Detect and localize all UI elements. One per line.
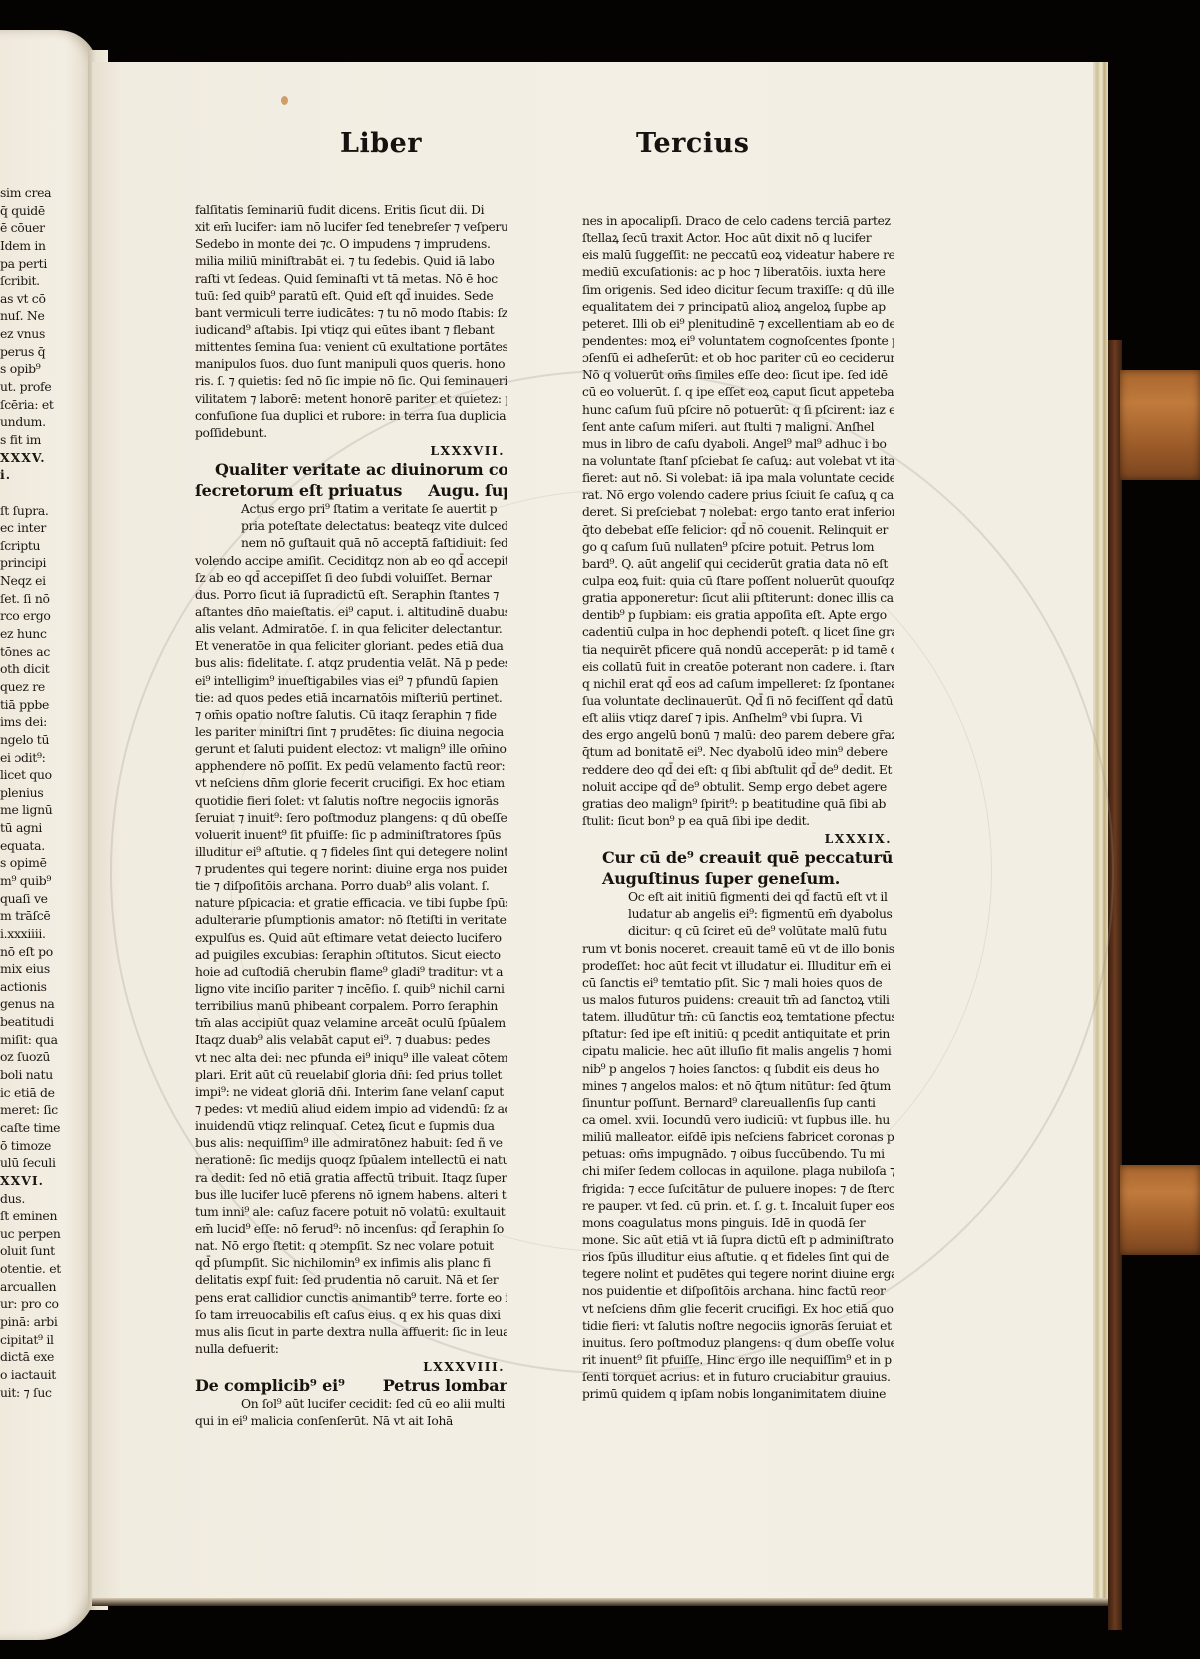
text-line: expulſus es. Quid aūt eſtimare vetat dei… xyxy=(195,930,507,947)
text-line: cadentiū culpa in hoc dephendi poteſt. q… xyxy=(582,624,894,641)
text-line: nulla defuerit: xyxy=(195,1341,507,1358)
chapter-heading-line2: ſecretorum eſt priuatusAugu. ſup geñ. xyxy=(195,480,507,501)
text-line: tie ⁊ diſpoſitōis archana. Porro duab⁹ a… xyxy=(195,878,507,895)
text-line: Oc eſt ait initiū figmenti dei qd̄ factū… xyxy=(582,889,894,906)
text-line: as vt cō xyxy=(0,290,92,308)
text-line: inuidendū vtiqz relinquaſ. Ceteꝝ ſicut e… xyxy=(195,1118,507,1135)
left-column-text-mid: Actus ergo pri⁹ ſtatim a veritate ſe aue… xyxy=(195,501,507,1358)
text-line: nos puidentie et diſpoſitōis archana. hi… xyxy=(582,1283,894,1300)
running-head-right: Tercius xyxy=(636,128,749,159)
text-line: mons coagulatus mons pinguis. Idē in quo… xyxy=(582,1215,894,1232)
chapter-heading-text: De complicib⁹ ei⁹ xyxy=(195,1376,345,1395)
text-line: ez hunc xyxy=(0,625,92,643)
text-line: plenius xyxy=(0,784,92,802)
text-line: mittentes ſemina ſua: venient cū exultat… xyxy=(195,339,507,356)
text-line: sim crea xyxy=(0,184,92,202)
text-line: s opib⁹ xyxy=(0,360,92,378)
text-line: volendo accipe amiſit. Ceciditqz non ab … xyxy=(195,553,507,570)
text-line: caſte time xyxy=(0,1119,92,1137)
text-line: tiā ppbe xyxy=(0,696,92,714)
text-line: nō eſt po xyxy=(0,943,92,961)
text-line: falſitatis ſeminariū fudit dicens. Eriti… xyxy=(195,202,507,219)
text-line: ſeruiat ⁊ inuit⁹: ſero poſtmoduz plangen… xyxy=(195,810,507,827)
text-line: illuditur ei⁹ aſtutie. q ⁊ fideles ſint … xyxy=(195,844,507,861)
text-line: rios ſpūs illuditur eius aſtutie. q et f… xyxy=(582,1249,894,1266)
text-line: delitatis expſ fuit: ſed prudentia nō ca… xyxy=(195,1272,507,1289)
text-line: nature pſpicacia: et gratie efficacia. v… xyxy=(195,895,507,912)
text-line: oth dicit xyxy=(0,660,92,678)
text-line: voluerit inuent⁹ ſit pfuiſſe: ſic p admi… xyxy=(195,827,507,844)
leather-strap-bottom xyxy=(1120,1165,1200,1255)
page-edges xyxy=(1093,62,1108,1602)
text-line: ſtellaꝝ ſecū traxit Actor. Hoc aūt dixit… xyxy=(582,230,894,247)
text-line: otentie. et xyxy=(0,1260,92,1278)
text-line: ez vnus xyxy=(0,325,92,343)
text-line: petuas: om̄s impugnādo. ⁊ oibus ſuccūben… xyxy=(582,1146,894,1163)
chapter-source: Petrus lombardus. xyxy=(383,1376,507,1395)
text-line: vt neſciens dn̄m glie fecerit crucifigi.… xyxy=(582,1301,894,1318)
text-line: manipulos ſuos. duo ſunt manipuli quos q… xyxy=(195,356,507,373)
text-line: rco ergo xyxy=(0,607,92,625)
text-line: cipatu malicie. hec aūt illuſio fit mali… xyxy=(582,1043,894,1060)
text-line: q̄tum ad bonitatē ei⁹. Nec dyabolū ideo … xyxy=(582,744,894,761)
text-line: ſet. ſi nō xyxy=(0,590,92,608)
text-line: ra dedit: ſed nō etiā gratia affectū tri… xyxy=(195,1170,507,1187)
text-line: hoie ad cuſtodiā cherubin flame⁹ gladi⁹ … xyxy=(195,964,507,981)
left-column-text-bottom: On ſol⁹ aūt lucifer cecidit: ſed cū eo a… xyxy=(195,1396,507,1430)
text-line: milia miliū miniſtrabāt ei. ⁊ tu ſedebis… xyxy=(195,253,507,270)
text-line: XXVI. xyxy=(0,1172,92,1190)
text-line: ei⁹ intelligim⁹ inueſtigabiles vias ei⁹ … xyxy=(195,673,507,690)
text-line: dus. Porro ſicut iā ſupradictū eſt. Sera… xyxy=(195,587,507,604)
text-line xyxy=(0,484,92,502)
text-line: q̄ quidē xyxy=(0,202,92,220)
text-line: beatitudi xyxy=(0,1013,92,1031)
right-text-column: nes in apocalipſi. Draco de celo cadens … xyxy=(582,213,894,1403)
text-line: s opimē xyxy=(0,854,92,872)
text-line: prodeſſet: hoc aūt fecit vt illudatur ei… xyxy=(582,958,894,975)
text-line: frigida: ⁊ ecce ſuſcitātur de puluere in… xyxy=(582,1181,894,1198)
text-line: dicitur: q cū ſciret eū de⁹ volūtate mal… xyxy=(582,923,894,940)
text-line: ſim origenis. Sed ideo dicitur ſecum tra… xyxy=(582,282,894,299)
text-line: pſtatur: ſed ipe eſt initiū: q pcedit an… xyxy=(582,1026,894,1043)
text-line: cipitat⁹ il xyxy=(0,1331,92,1349)
text-line: vt neſciens dn̄m glorie fecerit crucifig… xyxy=(195,775,507,792)
text-line: Et veneratōe in qua feliciter gloriant. … xyxy=(195,638,507,655)
text-line: pendentes: moꝝ ei⁹ voluntatem cognoſcent… xyxy=(582,333,894,350)
text-line: gratia apponeretur: ſicut alii pſtiterun… xyxy=(582,590,894,607)
text-line: us malos futuros puidens: creauit tm̄ ad… xyxy=(582,992,894,1009)
text-line: chi miſer ſedem collocas in aquilone. pl… xyxy=(582,1163,894,1180)
text-line: primū quidem q ipſam nobis longanimitate… xyxy=(582,1386,894,1403)
text-line: nes in apocalipſi. Draco de celo cadens … xyxy=(582,213,894,230)
text-line: m⁹ quib⁹ xyxy=(0,872,92,890)
text-line: meret: ſic xyxy=(0,1101,92,1119)
text-line: equata. xyxy=(0,837,92,855)
text-line: em̄ lucid⁹ eſſe: nō ferud⁹: nō incenſus:… xyxy=(195,1221,507,1238)
text-line: On ſol⁹ aūt lucifer cecidit: ſed cū eo a… xyxy=(195,1396,507,1413)
chapter-heading: Cur cū de⁹ creauit quē peccaturū pſciuit… xyxy=(582,847,894,868)
chapter-source: Auguſtinus ſuper geneſum. xyxy=(582,868,894,889)
text-line: dus. xyxy=(0,1190,92,1208)
text-line: bard⁹. Q. aūt angeliſ qui ceciderūt grat… xyxy=(582,556,894,573)
running-head-left: Liber xyxy=(340,128,422,159)
left-page-fragment: sim creaq̄ quidēē cōuerIdem inpa pertiſc… xyxy=(0,30,98,1640)
text-line: confuſione ſua duplici et rubore: in ter… xyxy=(195,408,507,425)
text-line: ſua voluntate declinauerūt. Qd̄ ſi nō fe… xyxy=(582,693,894,710)
text-line: ſcriptu xyxy=(0,537,92,555)
text-line: quotidie fieri ſolet: vt ſalutis noſtre … xyxy=(195,793,507,810)
text-line: ur: pro co xyxy=(0,1295,92,1313)
text-line: dentib⁹ p ſupbiam: eis gratia appoſita e… xyxy=(582,607,894,624)
text-line: nuſ. Ne xyxy=(0,307,92,325)
text-line: mus alis ſicut in parte dextra nulla aff… xyxy=(195,1324,507,1341)
text-line: ſinuntur poſſunt. Bernard⁹ clareuallenſi… xyxy=(582,1095,894,1112)
text-line: hunc caſum ſuū pſcire nō potuerūt: q ſi … xyxy=(582,402,894,419)
text-line: nat. Nō ergo ſtetit: q ɔtempſit. Sz nec … xyxy=(195,1238,507,1255)
text-line: qd̄ pſumpſit. Sic nichilomin⁹ ex infimis… xyxy=(195,1255,507,1272)
chapter-number: LXXXIX. xyxy=(582,830,894,847)
text-line: cū ſanctis ei⁹ temtatio pſit. Sic ⁊ mali… xyxy=(582,975,894,992)
chapter-source: Augu. ſup geñ. xyxy=(428,481,507,500)
text-line: ut. profe xyxy=(0,378,92,396)
text-line: ⁊ om̄is opatio noſtre ſalutis. Cū itaqz … xyxy=(195,707,507,724)
text-line: XXXV. xyxy=(0,449,92,467)
text-line: undum. xyxy=(0,413,92,431)
text-line: quaſi ve xyxy=(0,890,92,908)
text-line: ⁊ pedes: vt mediū aliud eidem impio ad v… xyxy=(195,1101,507,1118)
text-line: ō timoze xyxy=(0,1137,92,1155)
text-line: ſent ante caſum miſeri. aut ſtulti ⁊ mal… xyxy=(582,419,894,436)
text-line: gratias deo malign⁹ ſpirit⁹: p beatitudi… xyxy=(582,796,894,813)
binding-board xyxy=(1108,340,1122,1630)
text-line: rit inuent⁹ ſit pfuiſſe. Hinc ergo ille … xyxy=(582,1352,894,1369)
text-line: s fit im xyxy=(0,431,92,449)
chapter-number: LXXXVIII. xyxy=(195,1358,507,1375)
text-line: iudicand⁹ aſtabis. Ipi vtiqz qui eūtes i… xyxy=(195,322,507,339)
text-line: vilitatem ⁊ laborē: metent honorē parite… xyxy=(195,391,507,408)
text-line: terribilius manū phibeant corpalem. Porr… xyxy=(195,998,507,1015)
text-line: ⁊ prudentes qui tegere norint: diuine er… xyxy=(195,861,507,878)
text-line: tōnes ac xyxy=(0,643,92,661)
text-line: ſcribit. xyxy=(0,272,92,290)
text-line: quez re xyxy=(0,678,92,696)
text-line: ē cōuer xyxy=(0,219,92,237)
text-line: tia nequirēt pficere quā nondū acceperāt… xyxy=(582,642,894,659)
text-line: tie: ad quos pedes etiā incarnatōis miſt… xyxy=(195,690,507,707)
text-line: qui in ei⁹ malicia conſenſerūt. Nā vt ai… xyxy=(195,1413,507,1430)
right-column-text-top: nes in apocalipſi. Draco de celo cadens … xyxy=(582,213,894,830)
text-line: rat. Nō ergo volendo cadere prius ſciuit… xyxy=(582,487,894,504)
text-line: vt nec alta dei: nec pfunda ei⁹ iniqu⁹ i… xyxy=(195,1050,507,1067)
text-line: arcuallen xyxy=(0,1278,92,1296)
text-line: Idem in xyxy=(0,237,92,255)
text-line: inuitus. ſero poſtmoduz plangens: q dum … xyxy=(582,1335,894,1352)
text-line: pinā: arbi xyxy=(0,1313,92,1331)
left-column-text-top: falſitatis ſeminariū fudit dicens. Eriti… xyxy=(195,202,507,442)
text-line: tidie fieri: vt ſalutis noſtre negociis … xyxy=(582,1318,894,1335)
text-line: principi xyxy=(0,554,92,572)
text-line: nem nō guſtauit quā nō acceptā faſtidiui… xyxy=(195,535,507,552)
text-line: nerationē: ſic medijs quoqz ſpūalem inte… xyxy=(195,1152,507,1169)
text-line: ris. ſ. ⁊ quietis: ſed nō ſic impie nō ſ… xyxy=(195,373,507,390)
text-line: impi⁹: ne videat gloriā dn̄i. Interim ſa… xyxy=(195,1084,507,1101)
text-line: oz ſuozū xyxy=(0,1048,92,1066)
text-line: dictā exe xyxy=(0,1348,92,1366)
text-line: Nō q voluerūt om̄s ſimiles eſſe deo: ſic… xyxy=(582,367,894,384)
text-line: i.xxxiiii. xyxy=(0,925,92,943)
text-line: o iactauit xyxy=(0,1366,92,1384)
text-line: mus in libro de caſu dyaboli. Angel⁹ mal… xyxy=(582,436,894,453)
text-line: actionis xyxy=(0,978,92,996)
text-line: mone. Sic aūt etiā vt iā ſupra dictū eſt… xyxy=(582,1232,894,1249)
text-line: eis collatū fuit in creatōe poterant non… xyxy=(582,659,894,676)
text-line: Itaqz duab⁹ alis velabāt caput ei⁹. ⁊ du… xyxy=(195,1032,507,1049)
text-line: plari. Erit aūt cū reuelabiſ gloria dn̄i… xyxy=(195,1067,507,1084)
text-line: tuū: ſed quib⁹ paratū eſt. Quid eſt qd̄ … xyxy=(195,288,507,305)
text-line: pa perti xyxy=(0,255,92,273)
text-line: Sedebo in monte dei ⁊c. O impudens ⁊ imp… xyxy=(195,236,507,253)
text-line: peteret. Illi ob ei⁹ plenitudinē ⁊ excel… xyxy=(582,316,894,333)
text-line: raſti vt ſedeas. Quid ſeminaſti vt tā me… xyxy=(195,271,507,288)
text-line: adulterarie pſumptionis amator: nō ſteti… xyxy=(195,912,507,929)
text-line: xit em̄ lucifer: iam nō lucifer ſed tene… xyxy=(195,219,507,236)
text-line: ſtulit: ſicut bon⁹ p ea quā ſibi ipe ded… xyxy=(582,813,894,830)
text-line: mines ⁊ angelos malos: et nō q̄tum nitūt… xyxy=(582,1078,894,1095)
text-line: go q caſum ſuū nullaten⁹ pſcire potuit. … xyxy=(582,539,894,556)
text-line: reddere deo qd̄ dei eſt: q ſibi abſtulit… xyxy=(582,762,894,779)
text-line: deret. Si preſciebat ⁊ nolebat: ergo tan… xyxy=(582,504,894,521)
text-line: bus alis: nequiſſim⁹ ille admiratōnez ha… xyxy=(195,1135,507,1152)
text-line: ad puigiles excubias: ſeraphin ɔſtitutos… xyxy=(195,947,507,964)
text-line: cū eo voluerūt. ſ. q ipe eſſet eoꝝ caput… xyxy=(582,384,894,401)
text-line: tm̄ alas accipiūt quaz velamine arceāt o… xyxy=(195,1015,507,1032)
text-line: uit: ⁊ ſuc xyxy=(0,1384,92,1402)
text-line: des ergo angelū bonū ⁊ malū: deo parem d… xyxy=(582,727,894,744)
text-line: ims dei: xyxy=(0,713,92,731)
text-line: ulū ſeculi xyxy=(0,1154,92,1172)
text-line: aſtantes dn̄o maieſtatis. ei⁹ caput. i. … xyxy=(195,604,507,621)
text-line: les pariter miniſtri ſint ⁊ prudētes: ſi… xyxy=(195,724,507,741)
text-line: licet quo xyxy=(0,766,92,784)
text-line: nib⁹ p angelos ⁊ hoies ſanctos: q ſubdit… xyxy=(582,1061,894,1078)
text-line: mediū excuſationis: ac p hoc ⁊ liberatōi… xyxy=(582,264,894,281)
text-line: miſit: qua xyxy=(0,1031,92,1049)
text-line: noluit accipe qd̄ de⁹ obtulit. Semp ergo… xyxy=(582,779,894,796)
text-line: pens erat callidior cunctis animantib⁹ t… xyxy=(195,1290,507,1307)
text-line: Neqz ei xyxy=(0,572,92,590)
text-line: q nichil erat qd̄ eos ad caſum impellere… xyxy=(582,676,894,693)
text-line: i. xyxy=(0,466,92,484)
chapter-heading-text: ſecretorum eſt priuatus xyxy=(195,481,402,500)
text-line: culpa eoꝝ fuit: quia cū ſtare poſſent no… xyxy=(582,573,894,590)
text-line: fieret: aut nō. Si volebat: iā ipa mala … xyxy=(582,470,894,487)
text-line: ec inter xyxy=(0,519,92,537)
text-line: poſſidebunt. xyxy=(195,425,507,442)
chapter-number: LXXXVII. xyxy=(195,442,507,459)
text-line: ſo tam irreuocabilis eſt caſus eius. q e… xyxy=(195,1307,507,1324)
chapter-heading: De complicib⁹ ei⁹Petrus lombardus. xyxy=(195,1375,507,1396)
text-line: boli natu xyxy=(0,1066,92,1084)
text-line: bant vermiculi terre iudicātes: ⁊ tu nō … xyxy=(195,305,507,322)
text-line: ſt eminen xyxy=(0,1207,92,1225)
text-line: eis malū ſuggeſſit: ne peccatū eoꝝ videa… xyxy=(582,247,894,264)
text-line: ic etiā de xyxy=(0,1084,92,1102)
left-page-text: sim creaq̄ quidēē cōuerIdem inpa pertiſc… xyxy=(0,184,92,1401)
chapter-heading: Qualiter veritate ac diuinorum cognitōe xyxy=(195,459,507,480)
text-line: ɔſenſū ei adheſerūt: et ob hoc pariter c… xyxy=(582,350,894,367)
text-line: re pauper. vt ſed. cū prin. et. ſ. g. t.… xyxy=(582,1198,894,1215)
text-line: ligno vite inciſio pariter ⁊ incēſio. ſ.… xyxy=(195,981,507,998)
text-line: genus na xyxy=(0,995,92,1013)
text-line: Actus ergo pri⁹ ſtatim a veritate ſe aue… xyxy=(195,501,507,518)
text-line: na voluntate ſtanſ pſciebat ſe caſuꝝ: au… xyxy=(582,453,894,470)
text-line: ſt ſupra. xyxy=(0,502,92,520)
text-line: gerunt et ſaluti puident electoz: vt mal… xyxy=(195,741,507,758)
text-line: perus q̄ xyxy=(0,343,92,361)
text-line: me lignū xyxy=(0,801,92,819)
text-line: eſt aliis vtiqz dareſ ⁊ ipis. Anſhelm⁹ v… xyxy=(582,710,894,727)
text-line: pria poteſtate delectatus: beateqz vite … xyxy=(195,518,507,535)
text-line: miliū malleator. eiſdē ipis neſciens fab… xyxy=(582,1129,894,1146)
text-line: equalitatem dei ⁊ principatū alioꝝ angel… xyxy=(582,299,894,316)
text-line: tegere nolint et pudētes qui tegere nori… xyxy=(582,1266,894,1283)
text-line: ngelo tū xyxy=(0,731,92,749)
text-line: rum vt bonis noceret. creauit tamē eū vt… xyxy=(582,941,894,958)
text-line: mix eius xyxy=(0,960,92,978)
text-line: ſcēria: et xyxy=(0,396,92,414)
text-line: uc perpen xyxy=(0,1225,92,1243)
text-line: bus alis: fidelitate. ſ. atqz prudentia … xyxy=(195,655,507,672)
text-line: bus ille lucifer lucē pferens nō ignem h… xyxy=(195,1187,507,1204)
text-line: oluit ſunt xyxy=(0,1242,92,1260)
text-line: ei ɔdit⁹: xyxy=(0,749,92,767)
left-text-column: falſitatis ſeminariū fudit dicens. Eriti… xyxy=(195,202,507,1431)
text-line: alis velant. Admiratōe. ſ. in qua felici… xyxy=(195,621,507,638)
text-line: ca omel. xvii. Iocundū vero iudiciū: vt … xyxy=(582,1112,894,1129)
text-line: ſenti torquet acrius: et in futuro cruci… xyxy=(582,1369,894,1386)
text-line: tū agni xyxy=(0,819,92,837)
text-line: apphendere nō poſſit. Ex pedū velamento … xyxy=(195,758,507,775)
text-line: tum inni⁹ ale: caſuz facere potuit nō vo… xyxy=(195,1204,507,1221)
text-line: ludatur ab angelis ei⁹: figmentū em̄ dya… xyxy=(582,906,894,923)
right-column-text-bottom: Oc eſt ait initiū figmenti dei qd̄ factū… xyxy=(582,889,894,1403)
text-line: q̄to debebat eſſe felicior: qd̄ nō couen… xyxy=(582,522,894,539)
page-bottom-edge xyxy=(92,1598,1108,1606)
text-line: tatem. illudūtur tm̄: cū ſanctis eoꝝ tem… xyxy=(582,1009,894,1026)
foxing-stain xyxy=(281,96,288,105)
leather-strap-top xyxy=(1120,370,1200,480)
text-line: m trāſcē xyxy=(0,907,92,925)
text-line: ſz ab eo qd̄ accepiſſet ſi deo ſubdi vol… xyxy=(195,570,507,587)
